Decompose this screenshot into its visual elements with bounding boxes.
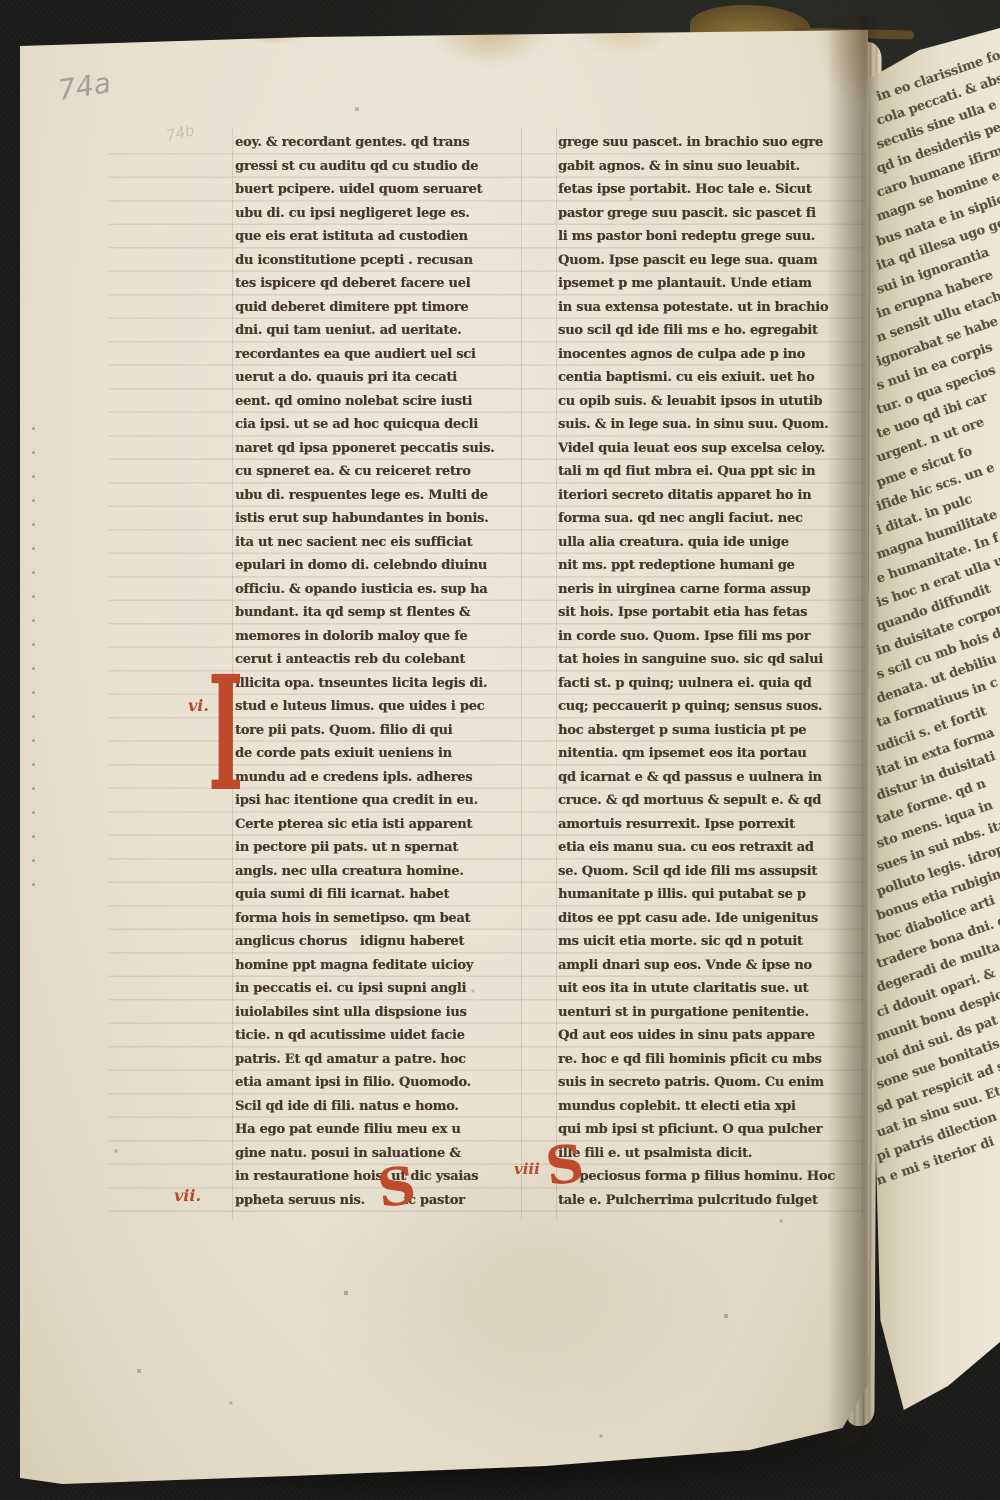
text-line: facti st. p quinq; uulnera ei. quia qd (558, 672, 868, 696)
text-line: ms uicit etia morte. sic qd n potuit (558, 930, 868, 954)
text-line: eoy. & recordant gentes. qd trans (235, 131, 531, 155)
folio-number-pencil: 74a (56, 66, 113, 107)
parchment-stain (576, 28, 672, 58)
text-line: inocentes agnos de culpa ade p ino (558, 343, 868, 367)
text-line: quia sumi di fili icarnat. habet (235, 883, 531, 907)
rubric-initial-s-col1: S (375, 1160, 419, 1216)
text-line: re. hoc e qd fili hominis pficit cu mbs (558, 1048, 868, 1072)
text-column-left: eoy. & recordant gentes. qd transgressi … (235, 131, 531, 1212)
chapter-mark-vi: vi. (188, 696, 209, 715)
text-line: qui mb ipsi st pficiunt. O qua pulcher (558, 1118, 868, 1142)
parchment-specks (20, 30, 22, 32)
text-line: quid deberet dimitere ppt timore (235, 296, 531, 320)
text-line: etia eis manu sua. cu eos retraxit ad (558, 836, 868, 860)
text-line: angls. nec ulla creatura homine. (235, 860, 531, 884)
chapter-mark-vii: vii. (174, 1186, 201, 1205)
pricking-marks (32, 426, 35, 896)
text-line: tale e. Pulcherrima pulcritudo fulget (558, 1189, 868, 1213)
text-line: uit eos ita in utute claritatis sue. ut (558, 977, 868, 1001)
text-line: sit hois. Ipse portabit etia has fetas (558, 601, 868, 625)
text-line: cerut i anteactis reb du colebant (235, 648, 531, 672)
text-line: suo scil qd ide fili ms e ho. egregabit (558, 319, 868, 343)
text-line: anglicus chorus idignu haberet (235, 930, 531, 954)
text-line: nit ms. ppt redeptione humani ge (558, 554, 868, 578)
text-line: li ms pastor boni redeptu grege suu. (558, 225, 868, 249)
text-line: cia ipsi. ut se ad hoc quicqua decli (235, 413, 531, 437)
text-line: ille fili e. ut psalmista dicit. (558, 1142, 868, 1166)
text-line: ipsi hac itentione qua credit in eu. (235, 789, 531, 813)
chapter-mark-viii: viii (514, 1160, 540, 1178)
text-line: in pectore pii pats. ut n spernat (235, 836, 531, 860)
text-line: in sua extensa potestate. ut in brachio (558, 296, 868, 320)
text-line: etia amant ipsi in filio. Quomodo. (235, 1071, 531, 1095)
text-line: uerut a do. quauis pri ita cecati (235, 366, 531, 390)
text-line: buert pcipere. uidel quom seruaret (235, 178, 531, 202)
text-line: Videl quia leuat eos sup excelsa celoy. (558, 437, 868, 461)
text-line: Certe pterea sic etia isti apparent (235, 813, 531, 837)
text-line: mundus coplebit. tt electi etia xpi (558, 1095, 868, 1119)
text-line: grege suu pascet. in brachio suo egre (558, 131, 868, 155)
text-line: ticie. n qd acutissime uidet facie (235, 1024, 531, 1048)
text-line: eent. qd omino nolebat scire iusti (235, 390, 531, 414)
text-line: bundant. ita qd semp st flentes & (235, 601, 531, 625)
text-line: patris. Et qd amatur a patre. hoc (235, 1048, 531, 1072)
text-line: memores in dolorib maloy que fe (235, 625, 531, 649)
text-line: gressi st cu auditu qd cu studio de (235, 155, 531, 179)
text-line: que eis erat istituta ad custodien (235, 225, 531, 249)
manuscript-page: 74a 74b eoy. & recordant gentes. qd tran… (20, 30, 868, 1486)
text-line: ubu di. cu ipsi negligeret lege es. (235, 202, 531, 226)
text-line: cu opib suis. & leuabit ipsos in ututib (558, 390, 868, 414)
text-line: iuiolabiles sint ulla dispsione ius (235, 1001, 531, 1025)
text-line: gabit agnos. & in sinu suo leuabit. (558, 155, 868, 179)
text-line: ditos ee ppt casu ade. Ide unigenitus (558, 907, 868, 931)
text-line: fetas ipse portabit. Hoc tale e. Sicut (558, 178, 868, 202)
text-line: peciosus forma p filius hominu. Hoc (558, 1165, 868, 1189)
folio-number-ghost: 74b (164, 121, 196, 145)
text-line: in peccatis ei. cu ipsi supni angli (235, 977, 531, 1001)
text-line: cruce. & qd mortuus & sepult e. & qd (558, 789, 868, 813)
text-line: nitentia. qm ipsemet eos ita portau (558, 742, 868, 766)
text-line: ampli dnari sup eos. Vnde & ipse no (558, 954, 868, 978)
text-line: Qd aut eos uides in sinu pats appare (558, 1024, 868, 1048)
facing-page: in eo clarissime focola peccati. & absse… (846, 16, 1000, 1440)
text-line: in corde suo. Quom. Ipse fili ms por (558, 625, 868, 649)
text-line: ipsemet p me plantauit. Unde etiam (558, 272, 868, 296)
text-line: suis. & in lege sua. in sinu suu. Quom. (558, 413, 868, 437)
text-line: du iconstitutione pcepti . recusan (235, 249, 531, 273)
text-line: cuq; peccauerit p quinq; sensus suos. (558, 695, 868, 719)
text-line: forma hois in semetipso. qm beat (235, 907, 531, 931)
text-line: amortuis resurrexit. Ipse porrexit (558, 813, 868, 837)
text-line: humanitate p illis. qui putabat se p (558, 883, 868, 907)
text-line: istis erut sup habundantes in bonis. (235, 507, 531, 531)
text-line: illicita opa. tnseuntes licita legis di. (235, 672, 531, 696)
facing-page-text: in eo clarissime focola peccati. & absse… (878, 86, 1000, 1194)
manuscript-photo: in eo clarissime focola peccati. & absse… (0, 0, 1000, 1500)
parchment-stain (248, 28, 300, 44)
text-line: stud e luteus limus. que uides i pec (235, 695, 531, 719)
text-line: tes ispicere qd deberet facere uel (235, 272, 531, 296)
text-line: neris in uirginea carne forma assup (558, 578, 868, 602)
rubric-initial-s-col2: S (543, 1138, 587, 1194)
text-line: pastor grege suu pascit. sic pascet fi (558, 202, 868, 226)
text-line: mundu ad e credens ipls. adheres (235, 766, 531, 790)
text-line: tat hoies in sanguine suo. sic qd salui (558, 648, 868, 672)
ruling-vertical-line (556, 128, 557, 1220)
text-line: homine ppt magna feditate uicioy (235, 954, 531, 978)
text-line: dni. qui tam ueniut. ad ueritate. (235, 319, 531, 343)
text-line: tore pii pats. Quom. filio di qui (235, 719, 531, 743)
text-line: ubu di. respuentes lege es. Multi de (235, 484, 531, 508)
text-line: cu spneret ea. & cu reiceret retro (235, 460, 531, 484)
rubric-initial-i: I (208, 670, 243, 800)
text-line: iteriori secreto ditatis apparet ho in (558, 484, 868, 508)
facing-page-surface: in eo clarissime focola peccati. & absse… (870, 20, 1000, 1420)
text-line: officiu. & opando iusticia es. sup ha (235, 578, 531, 602)
text-line: centia baptismi. cu eis exiuit. uet ho (558, 366, 868, 390)
text-line: de corde pats exiuit ueniens in (235, 742, 531, 766)
text-column-right: grege suu pascet. in brachio suo egregab… (558, 131, 868, 1212)
text-line: ulla alia creatura. quia ide unige (558, 531, 868, 555)
text-line: epulari in domo di. celebndo diuinu (235, 554, 531, 578)
text-line: Ha ego pat eunde filiu meu ex u (235, 1118, 531, 1142)
text-line: hoc absterget p suma iusticia pt pe (558, 719, 868, 743)
text-line: qd icarnat e & qd passus e uulnera in (558, 766, 868, 790)
parchment-stain (430, 26, 550, 66)
text-line: Scil qd ide di fili. natus e homo. (235, 1095, 531, 1119)
text-line: uenturi st in purgatione penitentie. (558, 1001, 868, 1025)
text-line: suis in secreto patris. Quom. Cu enim (558, 1071, 868, 1095)
text-line: naret qd ipsa pponeret peccatis suis. (235, 437, 531, 461)
text-line: se. Quom. Scil qd ide fili ms assupsit (558, 860, 868, 884)
text-line: ita ut nec sacient nec eis sufficiat (235, 531, 531, 555)
gutter-page-shade (824, 30, 868, 1486)
text-line: tali m qd fiut mbra ei. Qua ppt sic in (558, 460, 868, 484)
text-line: forma sua. qd nec angli faciut. nec (558, 507, 868, 531)
text-line: recordantes ea que audiert uel sci (235, 343, 531, 367)
text-line: Quom. Ipse pascit eu lege sua. quam (558, 249, 868, 273)
